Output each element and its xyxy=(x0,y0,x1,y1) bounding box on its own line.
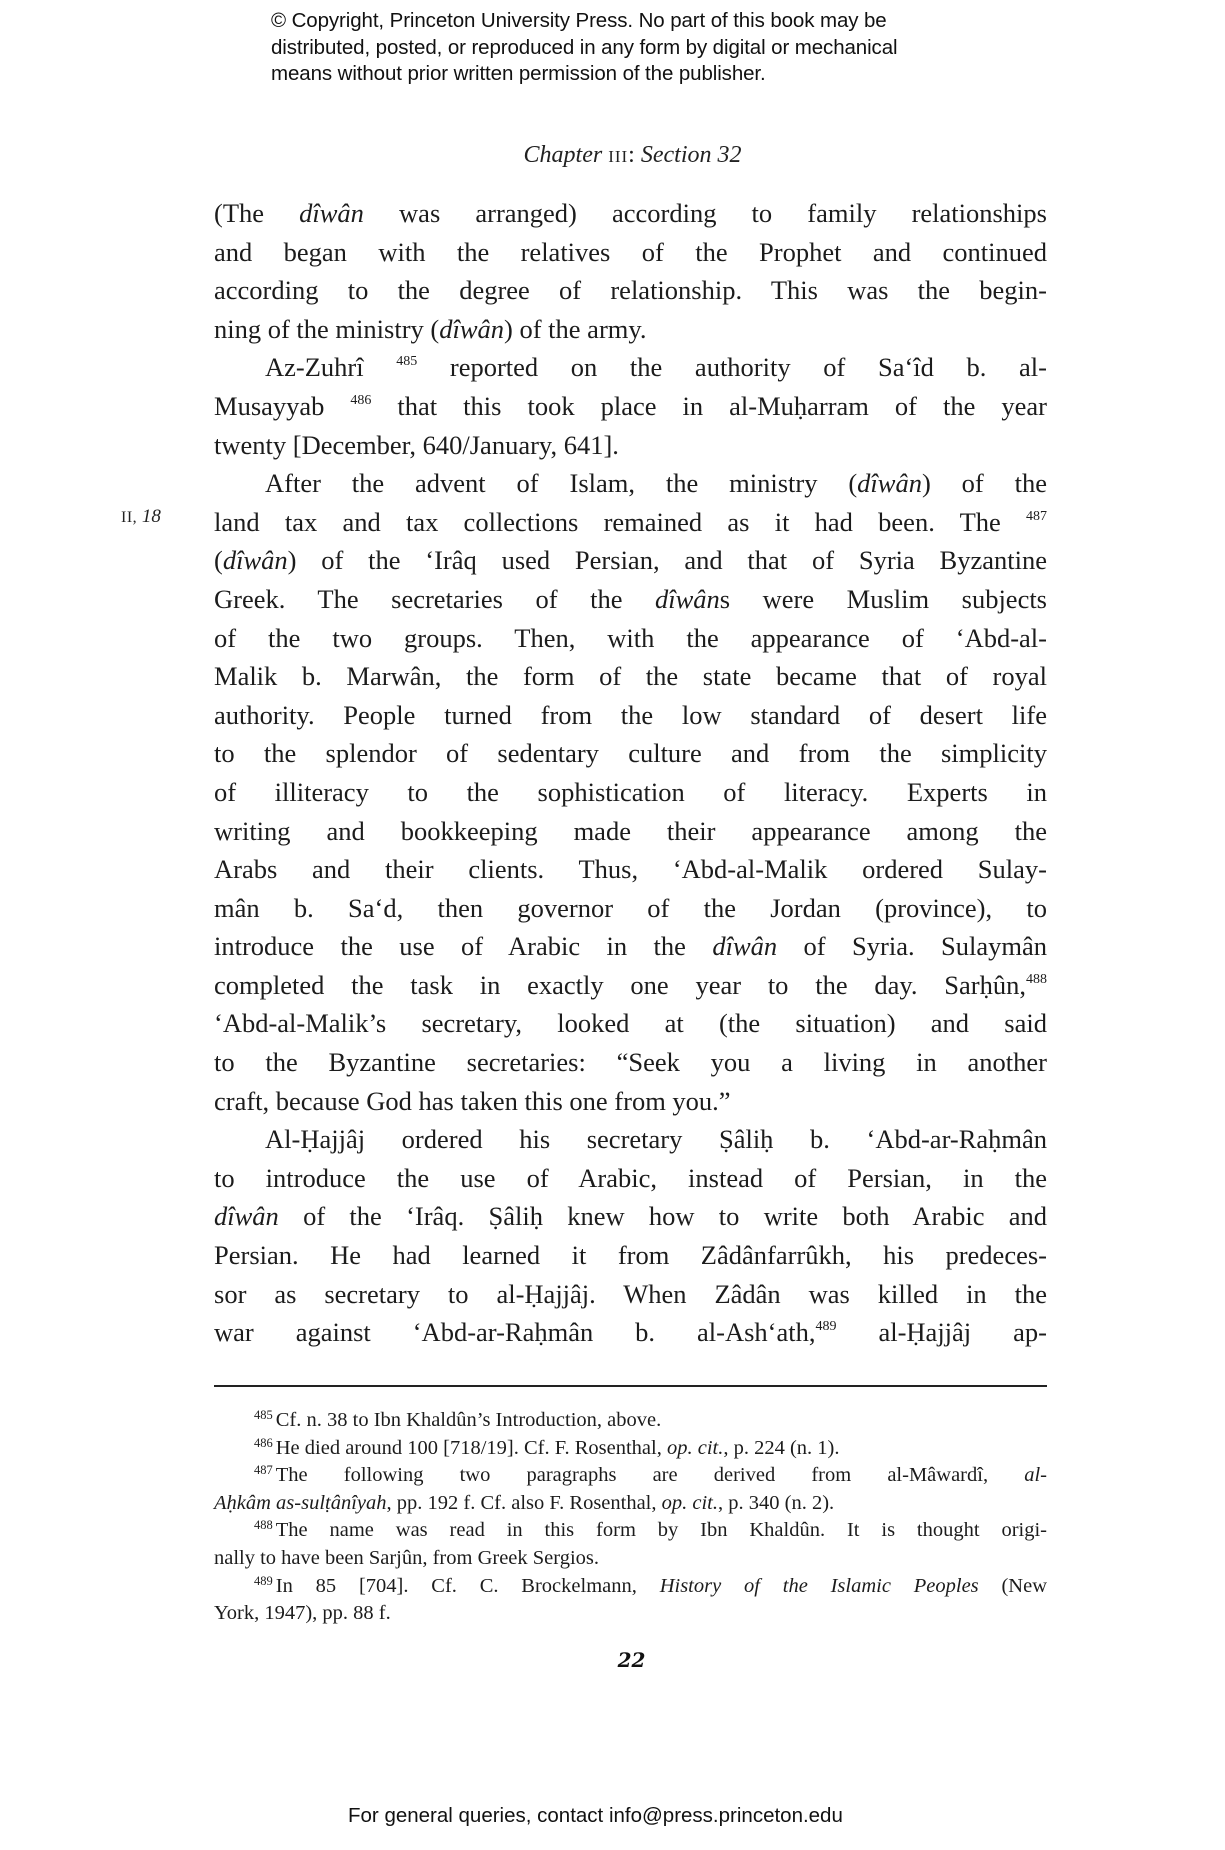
body-line: to introduce the use of Arabic, instead … xyxy=(214,1163,1047,1202)
footnote-number: 487 xyxy=(254,1463,273,1477)
footnote-reference[interactable]: 485 xyxy=(396,354,417,369)
footnote-line: 488The name was read in this form by Ibn… xyxy=(214,1518,1047,1546)
italic-term: dîwân xyxy=(712,931,777,961)
body-line: of illiteracy to the sophistication of l… xyxy=(214,777,1047,816)
copyright-line: distributed, posted, or reproduced in an… xyxy=(271,35,971,62)
section-label: Section 32 xyxy=(641,142,742,168)
footnote-rule xyxy=(214,1385,1047,1387)
body-line: Malik b. Marwân, the form of the state b… xyxy=(214,661,1047,700)
footnote-number: 488 xyxy=(254,1518,273,1532)
body-line: authority. People turned from the low st… xyxy=(214,700,1047,739)
margin-volume: II, xyxy=(121,509,137,526)
body-line: to the Byzantine secretaries: “Seek you … xyxy=(214,1047,1047,1086)
italic-term: dîwân xyxy=(439,314,504,344)
chapter-number: III xyxy=(608,147,628,166)
footnote-line: Aḥkâm as-sulṭânîyah, pp. 192 f. Cf. also… xyxy=(214,1491,1047,1519)
body-line: dîwân of the ‘Irâq. Ṣâliḥ knew how to wr… xyxy=(214,1201,1047,1240)
body-line: land tax and tax collections remained as… xyxy=(214,507,1047,546)
body-line: ning of the ministry (dîwân) of the army… xyxy=(214,314,1047,353)
footnote-reference[interactable]: 488 xyxy=(1026,972,1047,987)
body-line: Al-Ḥajjâj ordered his secretary Ṣâliḥ b.… xyxy=(214,1124,1047,1163)
italic-term: dîwân xyxy=(857,468,922,498)
body-line: (The dîwân was arranged) according to fa… xyxy=(214,198,1047,237)
body-line: Persian. He had learned it from Zâdânfar… xyxy=(214,1240,1047,1279)
footnote-line: 486He died around 100 [718/19]. Cf. F. R… xyxy=(214,1436,1047,1464)
chapter-separator: : xyxy=(628,142,635,168)
body-line: After the advent of Islam, the ministry … xyxy=(214,468,1047,507)
body-line: Arabs and their clients. Thus, ‘Abd-al-M… xyxy=(214,854,1047,893)
italic-term: History of the Islamic Peoples xyxy=(660,1575,979,1597)
margin-reference: II, 18 xyxy=(121,506,161,528)
italic-term: dîwân xyxy=(223,545,288,575)
body-line: mân b. Sa‘d, then governor of the Jordan… xyxy=(214,893,1047,932)
body-line: introduce the use of Arabic in the dîwân… xyxy=(214,931,1047,970)
margin-page: 18 xyxy=(142,506,161,527)
footnote-number: 489 xyxy=(254,1574,273,1588)
footnote-line: nally to have been Sarjûn, from Greek Se… xyxy=(214,1546,1047,1574)
italic-term: dîwân xyxy=(214,1201,279,1231)
footnote-number: 485 xyxy=(254,1408,273,1422)
footer-contact: For general queries, contact info@press.… xyxy=(348,1804,843,1828)
footnote-line: 487The following two paragraphs are deri… xyxy=(214,1463,1047,1491)
body-line: Az-Zuhrî 485 reported on the authority o… xyxy=(214,352,1047,391)
italic-term: Aḥkâm as-sulṭânîyah xyxy=(214,1492,387,1514)
running-head: Chapter III: Section 32 xyxy=(0,142,1225,169)
body-line: sor as secretary to al-Ḥajjâj. When Zâdâ… xyxy=(214,1279,1047,1318)
page-number: 22 xyxy=(0,1648,1225,1672)
body-line: craft, because God has taken this one fr… xyxy=(214,1086,1047,1125)
body-line: to the splendor of sedentary culture and… xyxy=(214,738,1047,777)
italic-term: dîwân xyxy=(299,198,364,228)
footnote-number: 486 xyxy=(254,1436,273,1450)
footnote-reference[interactable]: 486 xyxy=(350,393,371,408)
body-line: twenty [December, 640/January, 641]. xyxy=(214,430,1047,469)
body-line: and began with the relatives of the Prop… xyxy=(214,237,1047,276)
italic-term: op. cit. xyxy=(662,1492,718,1514)
body-line: of the two groups. Then, with the appear… xyxy=(214,623,1047,662)
body-line: (dîwân) of the ‘Irâq used Persian, and t… xyxy=(214,545,1047,584)
copyright-line: © Copyright, Princeton University Press.… xyxy=(271,8,971,35)
body-line: Greek. The secretaries of the dîwâns wer… xyxy=(214,584,1047,623)
body-line: writing and bookkeeping made their appea… xyxy=(214,816,1047,855)
body-line: ‘Abd-al-Malik’s secretary, looked at (th… xyxy=(214,1008,1047,1047)
chapter-label: Chapter xyxy=(524,142,603,168)
italic-term: dîwân xyxy=(655,584,720,614)
footnote-line: York, 1947), pp. 88 f. xyxy=(214,1601,1047,1629)
italic-term: al- xyxy=(1024,1464,1047,1486)
copyright-line: means without prior written permission o… xyxy=(271,61,971,88)
footnote-line: 485Cf. n. 38 to Ibn Khaldûn’s Introducti… xyxy=(214,1408,1047,1436)
footnote-reference[interactable]: 489 xyxy=(816,1319,837,1334)
body-line: war against ‘Abd-ar-Raḥmân b. al-Ash‘ath… xyxy=(214,1317,1047,1356)
body-text: (The dîwân was arranged) according to fa… xyxy=(214,198,1047,1356)
body-line: according to the degree of relationship.… xyxy=(214,275,1047,314)
body-line: Musayyab 486 that this took place in al-… xyxy=(214,391,1047,430)
footnote-line: 489In 85 [704]. Cf. C. Brockelmann, Hist… xyxy=(214,1574,1047,1602)
footnote-reference[interactable]: 487 xyxy=(1026,509,1047,524)
footnotes: 485Cf. n. 38 to Ibn Khaldûn’s Introducti… xyxy=(214,1408,1047,1629)
italic-term: op. cit. xyxy=(667,1437,723,1459)
copyright-notice: © Copyright, Princeton University Press.… xyxy=(271,8,971,88)
body-line: completed the task in exactly one year t… xyxy=(214,970,1047,1009)
